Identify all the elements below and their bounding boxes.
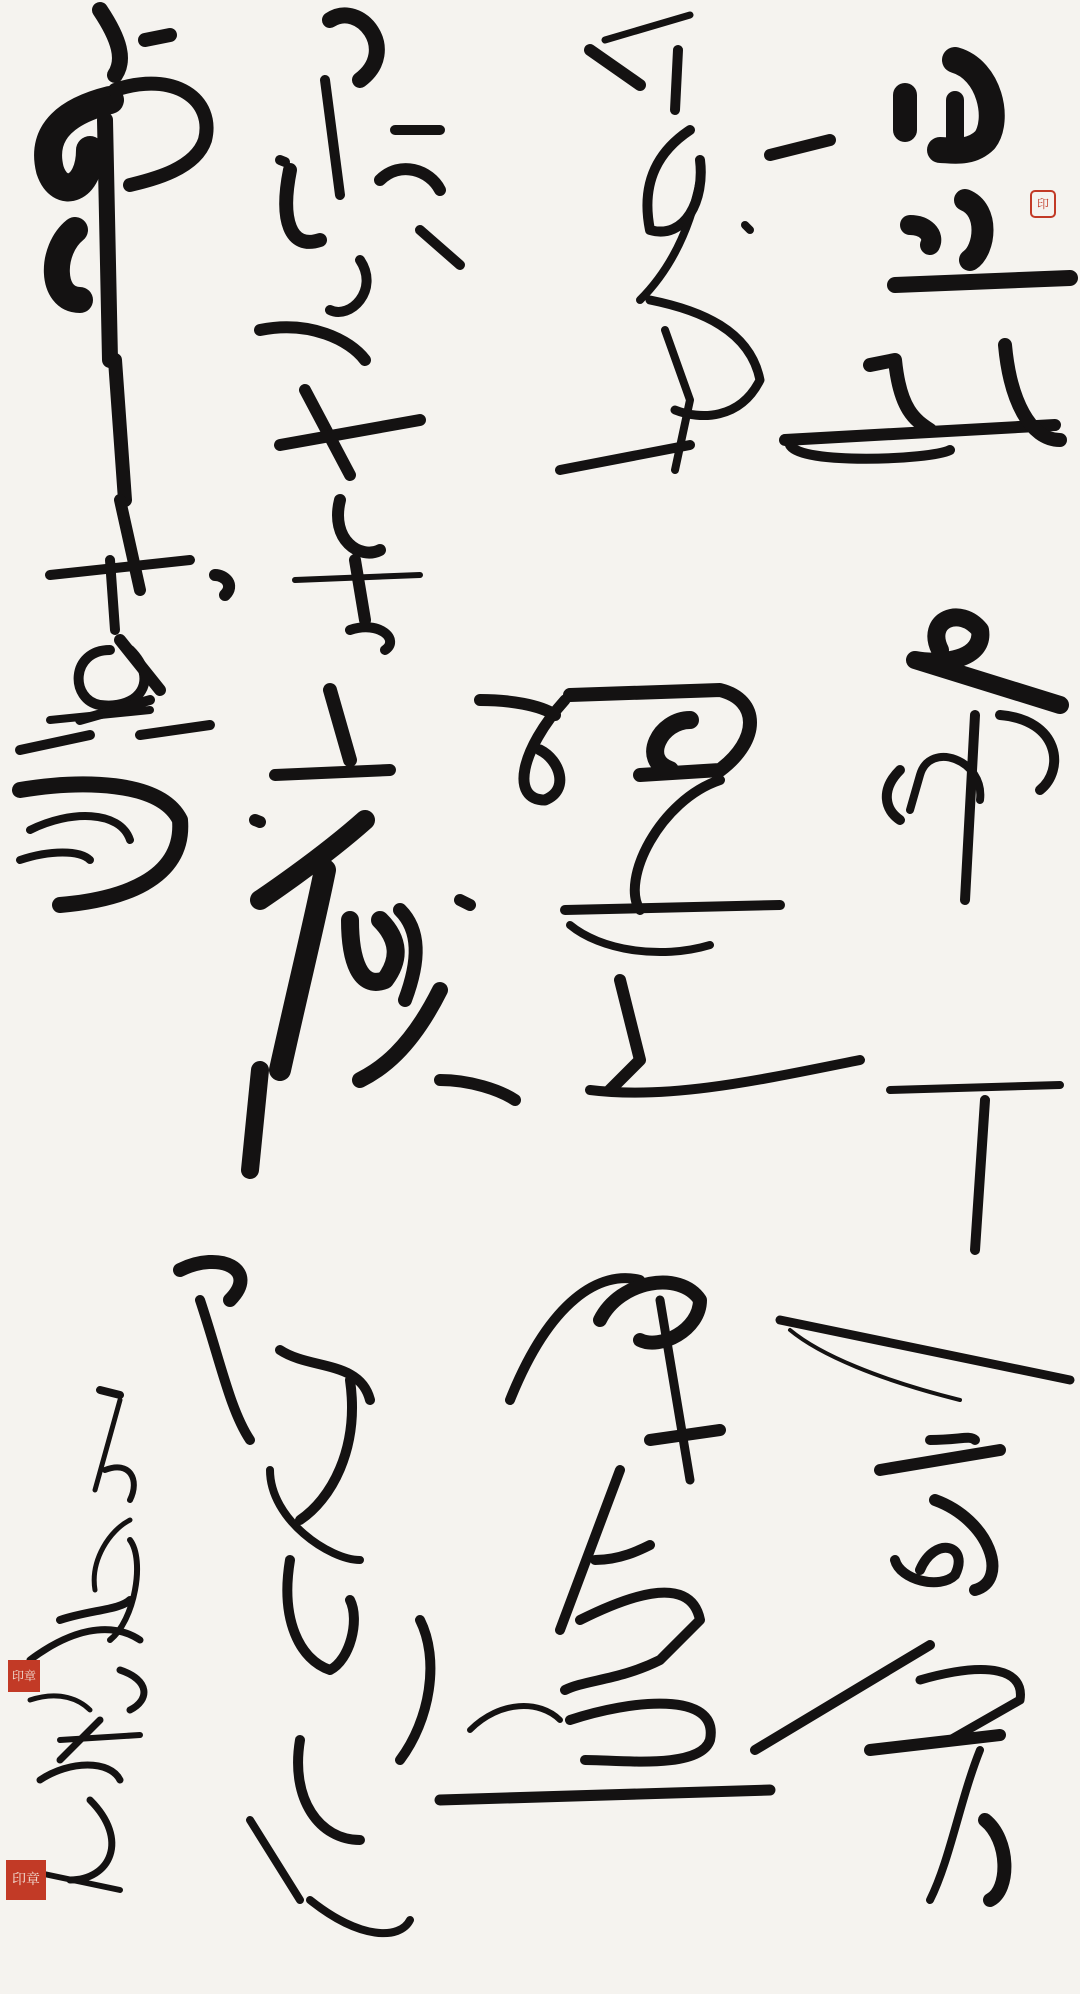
column-4-strokes	[20, 10, 229, 905]
calligraphy-artwork: Chinese cursive calligraphy (草书) hanging…	[0, 0, 1080, 1994]
ink-strokes	[0, 0, 1080, 1994]
column-2-strokes	[440, 15, 860, 1800]
leading-seal-text: 印	[1037, 198, 1049, 210]
column-3-strokes	[180, 15, 515, 1933]
ink-dots	[255, 160, 750, 905]
column-1-strokes	[755, 60, 1070, 1900]
leading-seal: 印	[1030, 190, 1056, 218]
inscription-strokes	[25, 1390, 144, 1890]
name-seal-2: 印章	[6, 1860, 46, 1900]
name-seal-1-text: 印章	[12, 1670, 36, 1682]
name-seal-1: 印章	[8, 1660, 40, 1692]
name-seal-2-text: 印章	[12, 1873, 40, 1887]
